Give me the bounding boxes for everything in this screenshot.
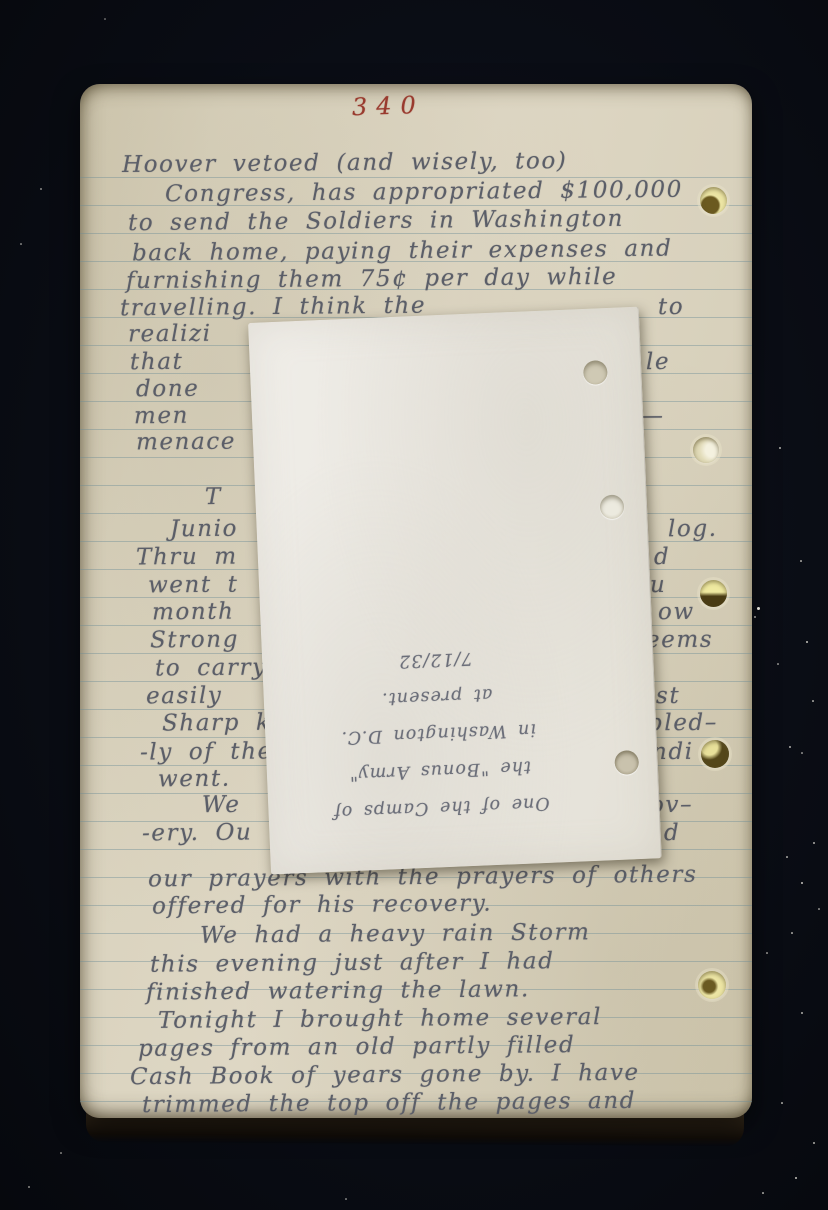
handwritten-line: went t bbox=[148, 572, 239, 599]
dust-speck bbox=[757, 607, 760, 610]
dust-speck bbox=[754, 616, 756, 618]
handwritten-line: men bbox=[134, 403, 189, 429]
dust-speck bbox=[786, 856, 788, 858]
handwritten-line: Congress, has appropriated $100,000 bbox=[165, 177, 683, 208]
dust-speck bbox=[766, 952, 768, 954]
handwritten-line: We bbox=[202, 792, 241, 818]
handwritten-line: month bbox=[152, 599, 235, 626]
dust-speck bbox=[779, 447, 781, 449]
handwritten-line: finished watering the lawn. bbox=[146, 976, 530, 1005]
dust-speck bbox=[791, 932, 793, 934]
handwritten-line: pages from an old partly filled bbox=[138, 1032, 576, 1062]
dust-speck bbox=[345, 1198, 347, 1200]
card-punch-hole bbox=[600, 494, 625, 519]
dust-speck bbox=[28, 1186, 30, 1188]
punch-hole bbox=[700, 187, 727, 214]
punch-hole bbox=[701, 740, 729, 768]
handwritten-line: Cash Book of years gone by. I have bbox=[130, 1060, 640, 1090]
handwritten-fragment: ow bbox=[658, 599, 695, 625]
handwritten-fragment: u bbox=[650, 572, 667, 598]
handwritten-fragment: d bbox=[664, 820, 681, 846]
dust-speck bbox=[60, 1152, 62, 1154]
dust-speck bbox=[800, 560, 802, 562]
handwritten-line: done bbox=[136, 376, 200, 403]
dust-speck bbox=[20, 243, 22, 245]
dust-speck bbox=[801, 752, 803, 754]
handwritten-line: -ly of the bbox=[140, 738, 273, 765]
dust-speck bbox=[40, 188, 42, 190]
dust-speck bbox=[801, 882, 803, 884]
card-inscription: One of the Camps of the "Bonus Army" in … bbox=[269, 627, 607, 833]
card-punch-hole bbox=[583, 360, 608, 385]
handwritten-line: realizi bbox=[128, 321, 212, 348]
handwritten-line: We had a heavy rain Storm bbox=[200, 919, 591, 948]
dust-speck bbox=[818, 908, 820, 910]
handwritten-line: Tonight I brought home several bbox=[158, 1004, 602, 1034]
photo-card-back: One of the Camps of the "Bonus Army" in … bbox=[248, 307, 662, 875]
handwritten-line: furnishing them 75¢ per day while bbox=[126, 264, 618, 294]
punch-hole bbox=[700, 580, 727, 607]
handwritten-fragment: le bbox=[646, 349, 670, 375]
handwritten-line: Strong bbox=[150, 627, 239, 654]
card-punch-hole bbox=[614, 750, 639, 775]
handwritten-line: offered for his recovery. bbox=[152, 891, 492, 920]
handwritten-fragment: st bbox=[656, 683, 680, 709]
dust-speck bbox=[806, 641, 808, 643]
dust-speck bbox=[813, 1142, 815, 1144]
handwritten-line: to send the Soldiers in Washington bbox=[128, 206, 624, 236]
handwritten-line: Junio bbox=[170, 516, 238, 543]
handwritten-line: this evening just after I had bbox=[150, 948, 555, 978]
handwritten-fragment: log. bbox=[668, 516, 718, 542]
handwritten-line: easily bbox=[146, 683, 223, 710]
handwritten-fragment: ndi bbox=[652, 739, 694, 765]
handwritten-line: T bbox=[205, 484, 222, 510]
handwritten-fragment: bled– bbox=[648, 710, 718, 737]
punch-hole bbox=[693, 437, 719, 463]
dust-speck bbox=[812, 700, 814, 702]
handwritten-line: Hoover vetoed (and wisely, too) bbox=[122, 148, 568, 178]
dust-speck bbox=[801, 1012, 803, 1014]
handwritten-line: trimmed the top off the pages and bbox=[142, 1088, 636, 1118]
handwritten-line: went. bbox=[158, 766, 231, 793]
handwritten-line: menace bbox=[136, 429, 236, 456]
photo-backdrop: 340 Hoover vetoed (and wisely, too)Congr… bbox=[0, 0, 828, 1210]
handwritten-line: -ery. Ou bbox=[142, 820, 253, 847]
handwritten-line: Thru m bbox=[136, 544, 238, 571]
handwritten-line: to carry bbox=[155, 655, 267, 682]
dust-speck bbox=[781, 1102, 783, 1104]
handwritten-line: that bbox=[130, 349, 184, 375]
handwritten-fragment: to bbox=[658, 294, 685, 320]
dust-speck bbox=[762, 1192, 764, 1194]
handwritten-fragment: d bbox=[654, 544, 671, 570]
dust-speck bbox=[789, 746, 791, 748]
dust-speck bbox=[777, 663, 779, 665]
handwritten-fragment: eems bbox=[646, 627, 713, 654]
dust-speck bbox=[795, 1177, 797, 1179]
dust-speck bbox=[813, 842, 815, 844]
handwritten-line: back home, paying their expenses and bbox=[132, 236, 673, 267]
punch-hole bbox=[698, 971, 726, 999]
dust-speck bbox=[104, 18, 106, 20]
